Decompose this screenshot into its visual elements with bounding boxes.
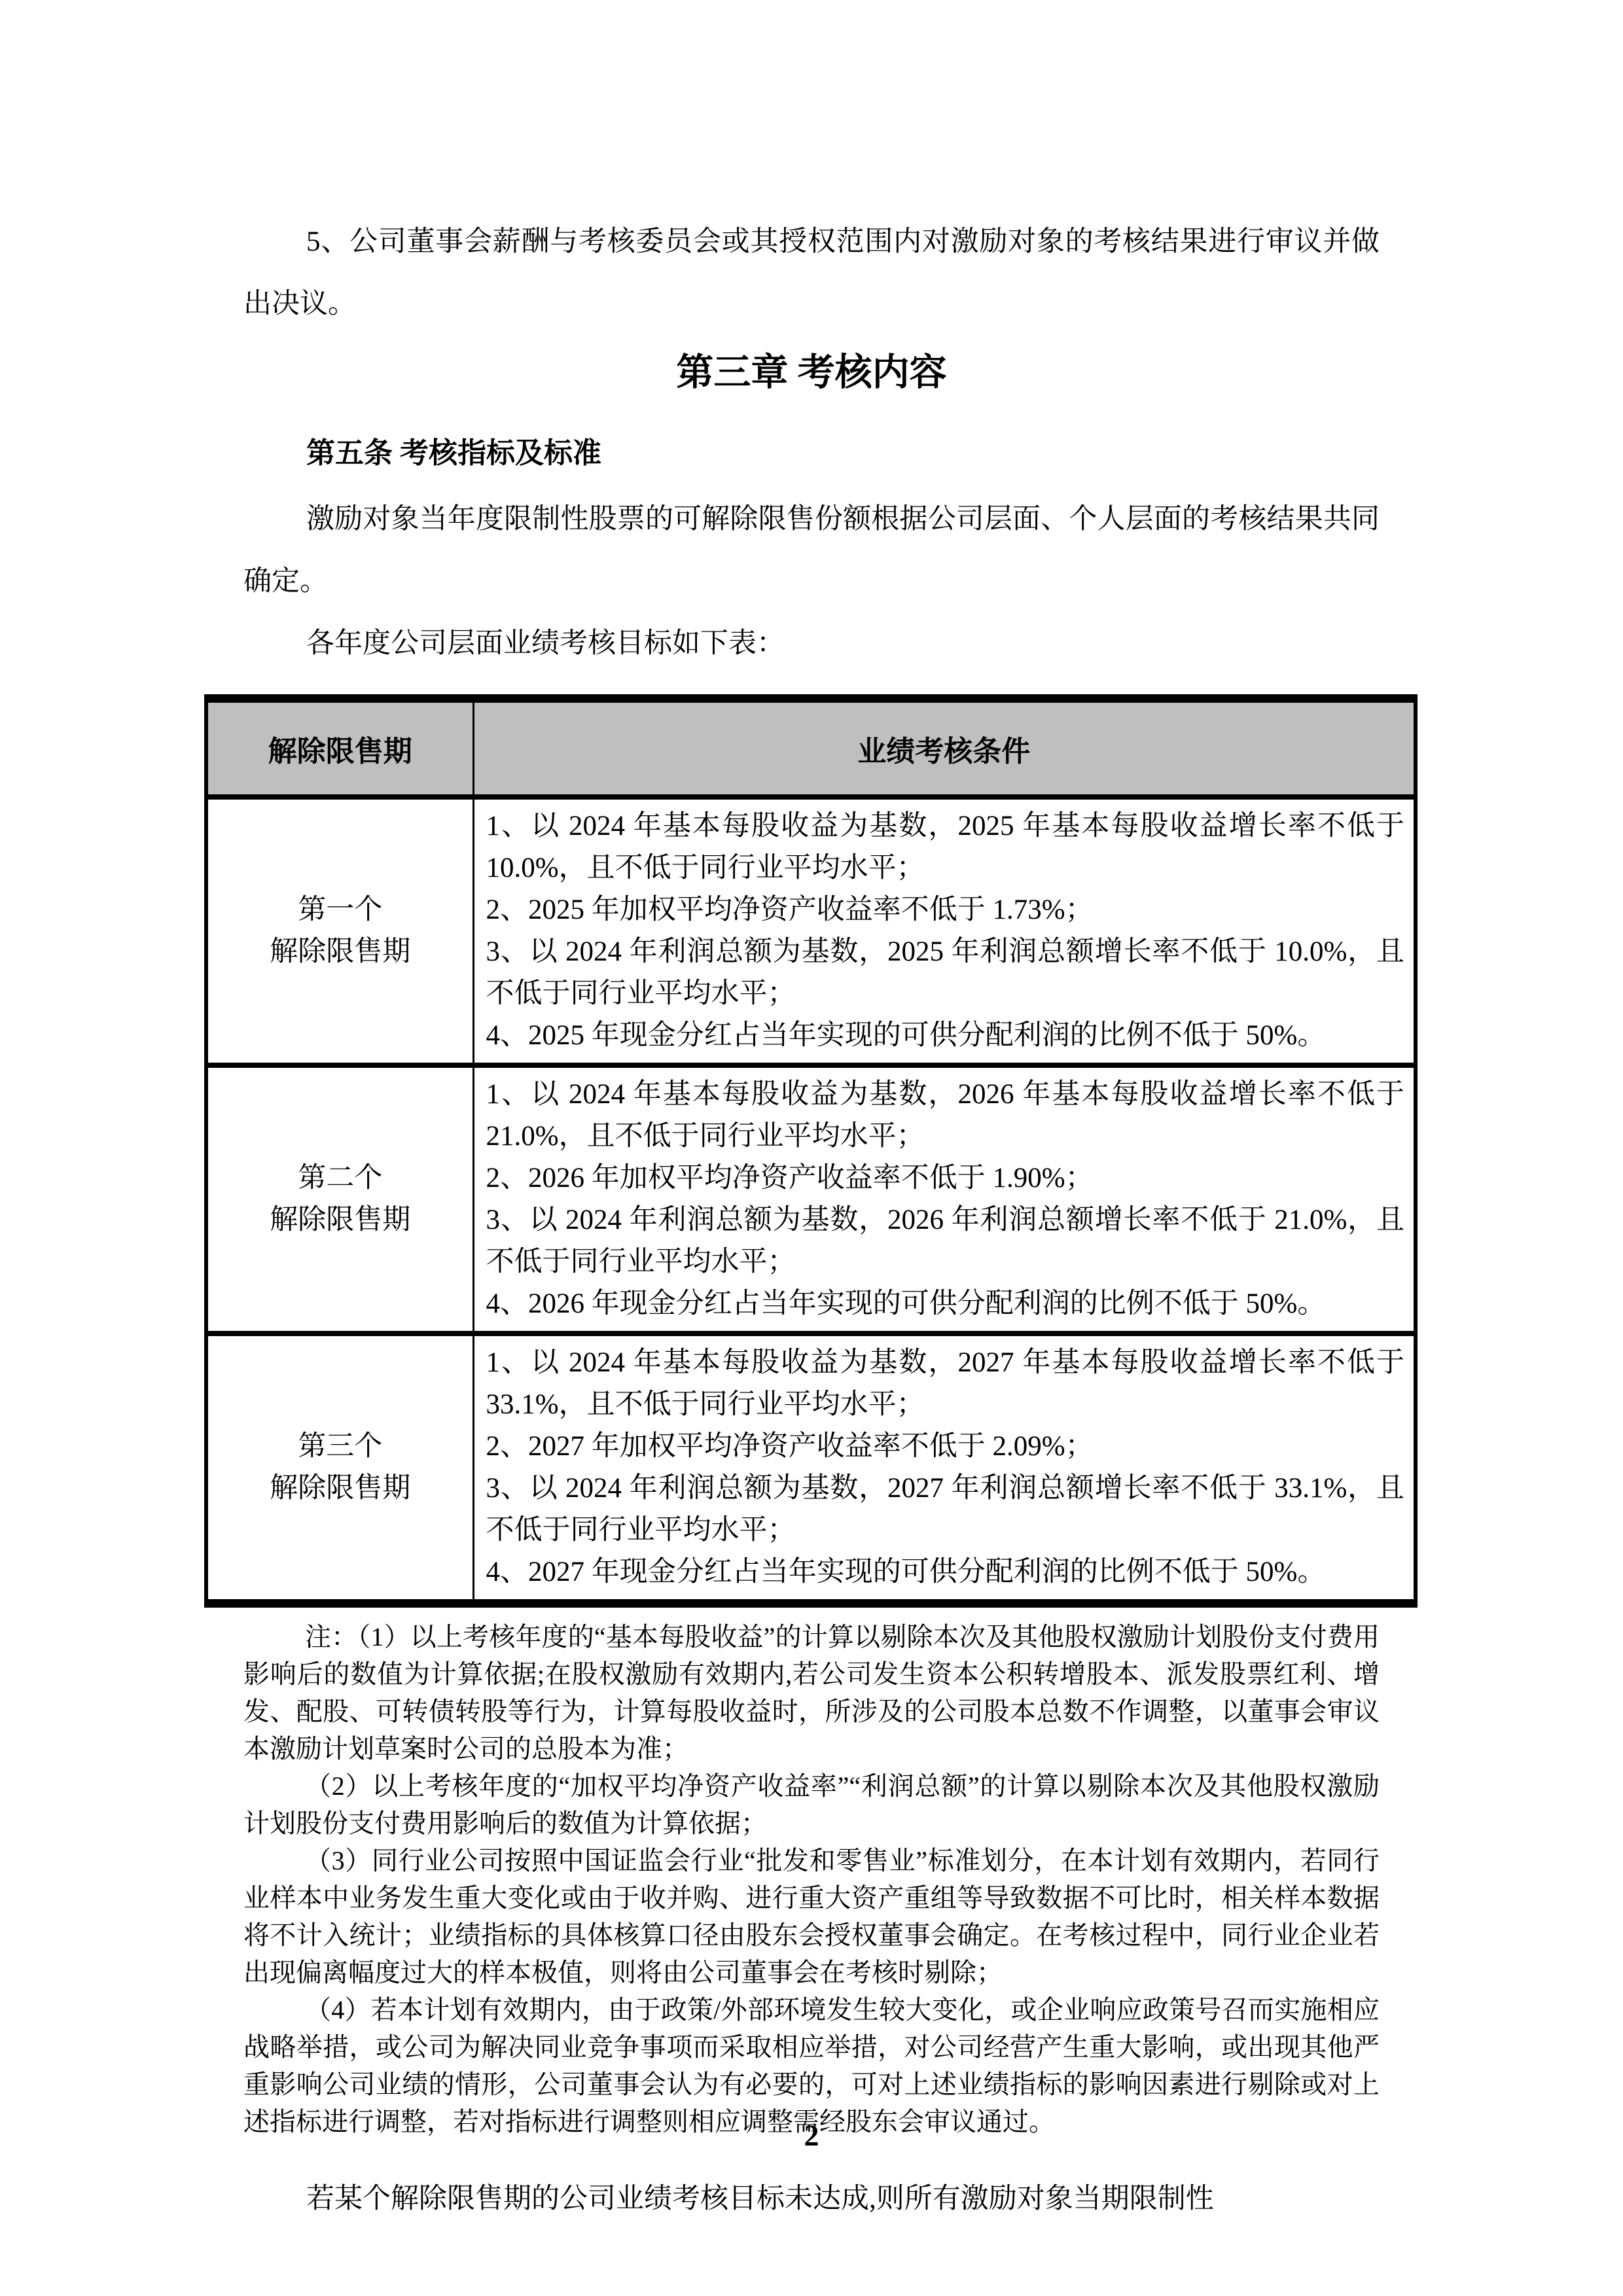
conditions-cell: 1、以 2024 年基本每股收益为基数，2025 年基本每股收益增长率不低于 1… (473, 797, 1416, 1065)
table-header-period: 解除限售期 (206, 699, 473, 797)
condition-item: 1、以 2024 年基本每股收益为基数，2026 年基本每股收益增长率不低于 2… (486, 1074, 1405, 1157)
condition-item: 3、以 2024 年利润总额为基数，2027 年利润总额增长率不低于 33.1%… (486, 1468, 1405, 1551)
period-cell: 第二个 解除限售期 (206, 1065, 473, 1333)
conditions-cell: 1、以 2024 年基本每股收益为基数，2027 年基本每股收益增长率不低于 3… (473, 1333, 1416, 1604)
notes-block: 注：（1）以上考核年度的“基本每股收益”的计算以剔除本次及其他股权激励计划股份支… (243, 1618, 1380, 2140)
condition-item: 3、以 2024 年利润总额为基数，2025 年利润总额增长率不低于 10.0%… (486, 931, 1405, 1015)
note-item-1: 注：（1）以上考核年度的“基本每股收益”的计算以剔除本次及其他股权激励计划股份支… (243, 1618, 1380, 1767)
period-line: 解除限售期 (209, 931, 472, 973)
condition-item: 1、以 2024 年基本每股收益为基数，2027 年基本每股收益增长率不低于 3… (486, 1342, 1405, 1426)
note-item-3: （3）同行业公司按照中国证监会行业“批发和零售业”标准划分，在本计划有效期内，若… (243, 1842, 1380, 1991)
condition-item: 2、2027 年加权平均净资产收益率不低于 2.09%； (486, 1426, 1405, 1468)
period-line: 解除限售期 (209, 1468, 472, 1510)
period-line: 第二个 (209, 1157, 472, 1199)
condition-item: 4、2026 年现金分红占当年实现的可供分配利润的比例不低于 50%。 (486, 1283, 1405, 1325)
period-cell: 第三个 解除限售期 (206, 1333, 473, 1604)
paragraph-resolution: 5、公司董事会薪酬与考核委员会或其授权范围内对激励对象的考核结果进行审议并做出决… (243, 211, 1380, 335)
table-row-first-period: 第一个 解除限售期 1、以 2024 年基本每股收益为基数，2025 年基本每股… (206, 797, 1416, 1065)
table-header-conditions: 业绩考核条件 (473, 699, 1416, 797)
condition-item: 4、2027 年现金分红占当年实现的可供分配利润的比例不低于 50%。 (486, 1551, 1405, 1593)
condition-item: 2、2026 年加权平均净资产收益率不低于 1.90%； (486, 1157, 1405, 1199)
period-line: 解除限售期 (209, 1199, 472, 1241)
period-cell: 第一个 解除限售期 (206, 797, 473, 1065)
paragraph-closing: 若某个解除限售期的公司业绩考核目标未达成,则所有激励对象当期限制性 (243, 2168, 1380, 2230)
condition-item: 4、2025 年现金分红占当年实现的可供分配利润的比例不低于 50%。 (486, 1015, 1405, 1057)
table-row-third-period: 第三个 解除限售期 1、以 2024 年基本每股收益为基数，2027 年基本每股… (206, 1333, 1416, 1604)
paragraph-assessment-basis: 激励对象当年度限制性股票的可解除限售份额根据公司层面、个人层面的考核结果共同确定… (243, 488, 1380, 612)
period-line: 第一个 (209, 889, 472, 931)
note-item-2: （2）以上考核年度的“加权平均净资产收益率”“利润总额”的计算以剔除本次及其他股… (243, 1767, 1380, 1842)
performance-table: 解除限售期 业绩考核条件 第一个 解除限售期 1、以 2024 年基本每股收益为… (204, 694, 1418, 1608)
condition-item: 2、2025 年加权平均净资产收益率不低于 1.73%； (486, 889, 1405, 931)
page-content: 5、公司董事会薪酬与考核委员会或其授权范围内对激励对象的考核结果进行审议并做出决… (243, 211, 1380, 2230)
paragraph-table-intro: 各年度公司层面业绩考核目标如下表： (243, 612, 1380, 675)
section-heading: 第五条 考核指标及标准 (243, 429, 1380, 478)
table-row-second-period: 第二个 解除限售期 1、以 2024 年基本每股收益为基数，2026 年基本每股… (206, 1065, 1416, 1333)
conditions-cell: 1、以 2024 年基本每股收益为基数，2026 年基本每股收益增长率不低于 2… (473, 1065, 1416, 1333)
table-header-row: 解除限售期 业绩考核条件 (206, 699, 1416, 797)
condition-item: 3、以 2024 年利润总额为基数，2026 年利润总额增长率不低于 21.0%… (486, 1199, 1405, 1283)
chapter-heading: 第三章 考核内容 (243, 347, 1380, 399)
document-page: 5、公司董事会薪酬与考核委员会或其授权范围内对激励对象的考核结果进行审议并做出决… (0, 0, 1623, 2296)
condition-item: 1、以 2024 年基本每股收益为基数，2025 年基本每股收益增长率不低于 1… (486, 805, 1405, 889)
period-line: 第三个 (209, 1426, 472, 1468)
page-number: 2 (0, 2116, 1623, 2155)
